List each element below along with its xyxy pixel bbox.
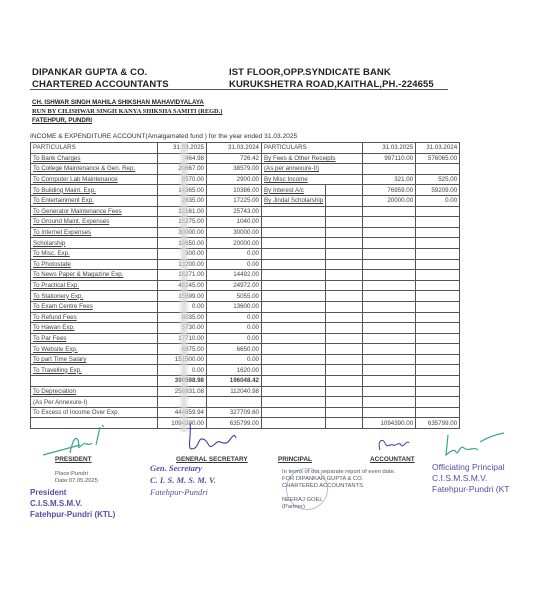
expense-particular: To Misc. Exp. bbox=[31, 248, 158, 259]
income-amount-2024 bbox=[416, 397, 460, 408]
income-particular bbox=[262, 206, 326, 217]
income-amount-2025: 997110.00 bbox=[363, 153, 416, 164]
income-amount-2024: 59209.00 bbox=[416, 185, 460, 196]
organization-run-by: RUN BY CH.ISHWAR SINGH KANYA SHIKSHA SAM… bbox=[32, 108, 222, 115]
principal-signature bbox=[440, 430, 510, 460]
expense-particular: To Ground Maint. Expenses bbox=[31, 217, 158, 228]
expense-amount-2024: 2900.00 bbox=[207, 174, 262, 185]
president-signature bbox=[40, 415, 125, 460]
income-amount-2024 bbox=[416, 280, 460, 291]
income-particular bbox=[262, 344, 326, 355]
income-amount-2024 bbox=[416, 301, 460, 312]
table-row: To Hawan Exp.5730.000.00 bbox=[31, 323, 460, 334]
expense-particular bbox=[31, 376, 158, 387]
income-amount-2025 bbox=[363, 365, 416, 376]
expense-particular: To Generator Maintenance Fees bbox=[31, 206, 158, 217]
firm-name: DIPANKAR GUPTA & CO. bbox=[32, 67, 147, 78]
income-subcell bbox=[326, 195, 363, 206]
income-amount-2025 bbox=[363, 323, 416, 334]
expense-particular: To Par Fees bbox=[31, 333, 158, 344]
secretary-signature bbox=[180, 418, 250, 458]
income-subcell bbox=[326, 376, 363, 387]
income-amount-2025 bbox=[363, 206, 416, 217]
president-stamp: President C.I.S.M.S.M.V. Fatehpur-Pundri… bbox=[30, 487, 115, 520]
expense-particular: To Exam Centre Fees bbox=[31, 301, 158, 312]
expense-particular: To Building Maint. Exp. bbox=[31, 185, 158, 196]
expense-particular: To Website Exp. bbox=[31, 344, 158, 355]
expense-particular: To News Paper & Magazine Exp. bbox=[31, 270, 158, 281]
income-amount-2025 bbox=[363, 301, 416, 312]
table-row: To Par Fees17710.000.00 bbox=[31, 333, 460, 344]
income-particular: By Fees & Other Receipts bbox=[262, 153, 363, 164]
table-row: To Generator Maintenance Fees13161.00257… bbox=[31, 206, 460, 217]
income-amount-2024 bbox=[416, 312, 460, 323]
income-particular bbox=[262, 418, 326, 429]
expense-amount-2024 bbox=[207, 397, 262, 408]
table-row: To Refund Fees8035.000.00 bbox=[31, 312, 460, 323]
table-row: To Stationery Exp.15599.005055.00 bbox=[31, 291, 460, 302]
income-amount-2024 bbox=[416, 291, 460, 302]
income-particular bbox=[262, 376, 326, 387]
income-particular bbox=[262, 333, 326, 344]
expense-amount-2024: 25743.00 bbox=[207, 206, 262, 217]
income-amount-2024 bbox=[416, 354, 460, 365]
scan-artifact-band bbox=[178, 142, 190, 432]
income-amount-2025 bbox=[363, 280, 416, 291]
income-amount-2025: 20000.00 bbox=[363, 195, 416, 206]
income-subcell bbox=[326, 397, 363, 408]
income-particular bbox=[262, 291, 326, 302]
expense-particular: To part Time Salary bbox=[31, 354, 158, 365]
table-header-row: PARTICULARS31.03.202531.03.2024PARTICULA… bbox=[31, 143, 460, 154]
income-amount-2025 bbox=[363, 238, 416, 249]
income-amount-2024 bbox=[416, 323, 460, 334]
accountant-label: ACCOUNTANT bbox=[370, 456, 415, 463]
table-row: To Ground Maint. Expenses15275.001040.00 bbox=[31, 217, 460, 228]
income-particular: (As per annexure-II) bbox=[262, 164, 363, 175]
table-row: To Bank Charges464.98726.42By Fees & Oth… bbox=[31, 153, 460, 164]
expense-particular: To Photostate bbox=[31, 259, 158, 270]
income-amount-2024: 0.00 bbox=[416, 195, 460, 206]
expense-particular: (As Per Annexure-I) bbox=[31, 397, 158, 408]
income-amount-2025 bbox=[363, 164, 416, 175]
income-amount-2024 bbox=[416, 365, 460, 376]
table-row: To Building Maint. Exp.14365.0010386.00B… bbox=[31, 185, 460, 196]
header-particulars-income: PARTICULARS bbox=[262, 143, 363, 154]
expense-amount-2024: 112040.98 bbox=[207, 386, 262, 397]
table-row: To Travelling Exp.0.001620.00 bbox=[31, 365, 460, 376]
income-amount-2025 bbox=[363, 386, 416, 397]
expense-particular: To Bank Charges bbox=[31, 153, 158, 164]
secretary-stamp: Gen. Secretary C. I. S. M. S. M. V. Fate… bbox=[150, 462, 216, 498]
income-subcell bbox=[326, 185, 363, 196]
table-row: To Practical Exp.48245.0024972.00 bbox=[31, 280, 460, 291]
income-particular bbox=[262, 312, 326, 323]
table-row: To News Paper & Magazine Exp.16271.00144… bbox=[31, 270, 460, 281]
income-subcell bbox=[326, 270, 363, 281]
table-row: To Exam Centre Fees0.0013600.00 bbox=[31, 301, 460, 312]
expense-particular: To Computer Lab Maintenance bbox=[31, 174, 158, 185]
income-particular bbox=[262, 259, 326, 270]
income-amount-2025: 1094390.00 bbox=[363, 418, 416, 429]
expense-amount-2024: 0.00 bbox=[207, 323, 262, 334]
income-subcell bbox=[326, 227, 363, 238]
income-amount-2024 bbox=[416, 376, 460, 387]
expense-amount-2024: 17225.00 bbox=[207, 195, 262, 206]
income-particular bbox=[262, 397, 326, 408]
president-label: PRESIDENT bbox=[55, 456, 92, 463]
income-amount-2024 bbox=[416, 386, 460, 397]
income-amount-2024 bbox=[416, 164, 460, 175]
principal-label: PRINCIPAL bbox=[278, 456, 312, 463]
income-particular bbox=[262, 227, 326, 238]
auditor-seal bbox=[286, 468, 328, 510]
expense-amount-2024: 30000.00 bbox=[207, 227, 262, 238]
income-particular bbox=[262, 323, 326, 334]
expense-amount-2024: 10386.00 bbox=[207, 185, 262, 196]
table-row: To Misc. Exp.300.000.00 bbox=[31, 248, 460, 259]
table-row: To Computer Lab Maintenance8570.002900.0… bbox=[31, 174, 460, 185]
income-amount-2025 bbox=[363, 312, 416, 323]
income-amount-2024 bbox=[416, 333, 460, 344]
income-subcell bbox=[326, 386, 363, 397]
income-particular bbox=[262, 238, 326, 249]
income-amount-2024 bbox=[416, 407, 460, 418]
place: Place:Pundri bbox=[55, 471, 88, 478]
expense-amount-2024: 14492.00 bbox=[207, 270, 262, 281]
expense-amount-2024: 5055.00 bbox=[207, 291, 262, 302]
expense-particular: To Stationery Exp. bbox=[31, 291, 158, 302]
date: Date:07.05.2025 bbox=[55, 478, 98, 485]
income-amount-2025 bbox=[363, 344, 416, 355]
table-row: To College Maintenance & Gen. Rep.20667.… bbox=[31, 164, 460, 175]
firm-address-line1: IST FLOOR,OPP.SYNDICATE BANK bbox=[229, 67, 391, 78]
expense-amount-2024: 327709.60 bbox=[207, 407, 262, 418]
principal-stamp: Officiating Principal C.I.S.M.S.M.V. Fat… bbox=[432, 462, 509, 495]
organization-location: FATEHPUR, PUNDRI bbox=[32, 117, 92, 124]
income-subcell bbox=[326, 238, 363, 249]
income-amount-2025 bbox=[363, 227, 416, 238]
income-amount-2024: 635799.00 bbox=[416, 418, 460, 429]
income-particular bbox=[262, 301, 326, 312]
expense-particular: To Entertainment Exp. bbox=[31, 195, 158, 206]
table-row: (As Per Annexure-I) bbox=[31, 397, 460, 408]
statement-title: INCOME & EXPENDITURE ACCOUNT(Amalgamated… bbox=[30, 133, 297, 140]
income-amount-2024 bbox=[416, 238, 460, 249]
income-subcell bbox=[326, 407, 363, 418]
table-row: To part Time Salary151500.000.00 bbox=[31, 354, 460, 365]
income-amount-2025: 321.00 bbox=[363, 174, 416, 185]
expense-amount-2024: 0.00 bbox=[207, 354, 262, 365]
income-particular: By Misc Income bbox=[262, 174, 363, 185]
income-amount-2025 bbox=[363, 407, 416, 418]
organization-name: CH. ISHWAR SINGH MAHILA SHIKSHAN MAHAVID… bbox=[32, 99, 204, 106]
expense-amount-2024: 0.00 bbox=[207, 259, 262, 270]
income-amount-2024 bbox=[416, 344, 460, 355]
expense-particular: To College Maintenance & Gen. Rep. bbox=[31, 164, 158, 175]
header-income-2025: 31.03.2025 bbox=[363, 143, 416, 154]
table-row: To Website Exp.6875.006650.00 bbox=[31, 344, 460, 355]
income-amount-2024 bbox=[416, 227, 460, 238]
income-subcell bbox=[326, 354, 363, 365]
expense-particular: To Hawan Exp. bbox=[31, 323, 158, 334]
income-subcell bbox=[326, 344, 363, 355]
expense-particular: To Internet Expenses bbox=[31, 227, 158, 238]
income-amount-2025 bbox=[363, 333, 416, 344]
income-particular bbox=[262, 217, 326, 228]
header-2024: 31.03.2024 bbox=[207, 143, 262, 154]
income-amount-2024: 525.00 bbox=[416, 174, 460, 185]
income-amount-2025 bbox=[363, 354, 416, 365]
accountant-signature bbox=[375, 435, 415, 455]
table-row: To Entertainment Exp.2835.0017225.00By J… bbox=[31, 195, 460, 206]
income-expenditure-table: PARTICULARS31.03.202531.03.2024PARTICULA… bbox=[30, 142, 460, 429]
income-subcell bbox=[326, 323, 363, 334]
expense-amount-2024: 6650.00 bbox=[207, 344, 262, 355]
income-subcell bbox=[326, 301, 363, 312]
income-amount-2024 bbox=[416, 217, 460, 228]
expense-amount-2024: 0.00 bbox=[207, 333, 262, 344]
income-amount-2025: 76959.00 bbox=[363, 185, 416, 196]
expense-particular: Scholarship bbox=[31, 238, 158, 249]
income-particular bbox=[262, 354, 326, 365]
expense-amount-2024: 20000.00 bbox=[207, 238, 262, 249]
income-particular bbox=[262, 386, 326, 397]
income-subcell bbox=[326, 248, 363, 259]
table-row: To Depreciation258931.08112040.98 bbox=[31, 386, 460, 397]
table-row: To Photostate13200.000.00 bbox=[31, 259, 460, 270]
expense-amount-2024: 0.00 bbox=[207, 312, 262, 323]
header-particulars: PARTICULARS bbox=[31, 143, 158, 154]
income-particular bbox=[262, 407, 326, 418]
income-subcell bbox=[326, 312, 363, 323]
income-amount-2025 bbox=[363, 397, 416, 408]
expense-amount-2024: 38579.00 bbox=[207, 164, 262, 175]
expense-particular: To Depreciation bbox=[31, 386, 158, 397]
table-row: Scholarship19650.0020000.00 bbox=[31, 238, 460, 249]
expense-amount-2024: 196048.42 bbox=[207, 376, 262, 387]
income-particular bbox=[262, 248, 326, 259]
expense-amount-2024: 0.00 bbox=[207, 248, 262, 259]
income-subcell bbox=[326, 206, 363, 217]
table-row: To Internet Expenses30000.0030000.00 bbox=[31, 227, 460, 238]
table-row: 390598.98196048.42 bbox=[31, 376, 460, 387]
income-subcell bbox=[326, 418, 363, 429]
income-amount-2024 bbox=[416, 206, 460, 217]
income-amount-2024 bbox=[416, 270, 460, 281]
income-subcell bbox=[326, 365, 363, 376]
income-particular bbox=[262, 365, 326, 376]
income-particular: By Interest A/c bbox=[262, 185, 326, 196]
header-income-2024: 31.03.2024 bbox=[416, 143, 460, 154]
income-amount-2025 bbox=[363, 217, 416, 228]
income-amount-2025 bbox=[363, 376, 416, 387]
income-particular bbox=[262, 280, 326, 291]
income-amount-2025 bbox=[363, 259, 416, 270]
income-amount-2025 bbox=[363, 291, 416, 302]
income-amount-2024 bbox=[416, 259, 460, 270]
income-particular bbox=[262, 270, 326, 281]
income-amount-2024 bbox=[416, 248, 460, 259]
expense-amount-2024: 1040.00 bbox=[207, 217, 262, 228]
income-amount-2024: 576065.00 bbox=[416, 153, 460, 164]
income-amount-2025 bbox=[363, 248, 416, 259]
expense-amount-2024: 13600.00 bbox=[207, 301, 262, 312]
income-amount-2025 bbox=[363, 270, 416, 281]
income-subcell bbox=[326, 280, 363, 291]
income-particular: By Jindal Scholarship bbox=[262, 195, 326, 206]
expense-particular: To Refund Fees bbox=[31, 312, 158, 323]
header-divider bbox=[30, 89, 448, 90]
expense-amount-2024: 24972.00 bbox=[207, 280, 262, 291]
income-subcell bbox=[326, 291, 363, 302]
income-subcell bbox=[326, 333, 363, 344]
expense-amount-2024: 726.42 bbox=[207, 153, 262, 164]
expense-amount-2024: 1620.00 bbox=[207, 365, 262, 376]
income-subcell bbox=[326, 217, 363, 228]
expense-particular: To Travelling Exp. bbox=[31, 365, 158, 376]
income-subcell bbox=[326, 259, 363, 270]
expense-particular: To Practical Exp. bbox=[31, 280, 158, 291]
